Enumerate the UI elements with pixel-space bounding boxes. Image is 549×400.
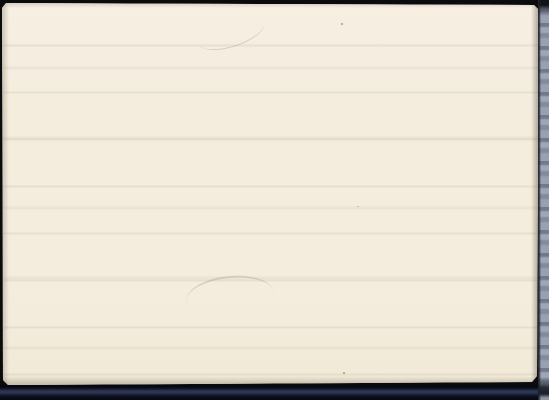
- paper-speck: [341, 23, 343, 25]
- background-right-strip: [538, 0, 549, 400]
- postcard: [0, 0, 549, 400]
- paper-crease-bottom: [184, 272, 276, 323]
- paper-speck: [357, 206, 359, 207]
- postcard-photo: [0, 0, 549, 400]
- paper-crease-top: [193, 8, 269, 57]
- background-bottom-strip: [0, 385, 549, 400]
- paper-speck: [343, 372, 345, 374]
